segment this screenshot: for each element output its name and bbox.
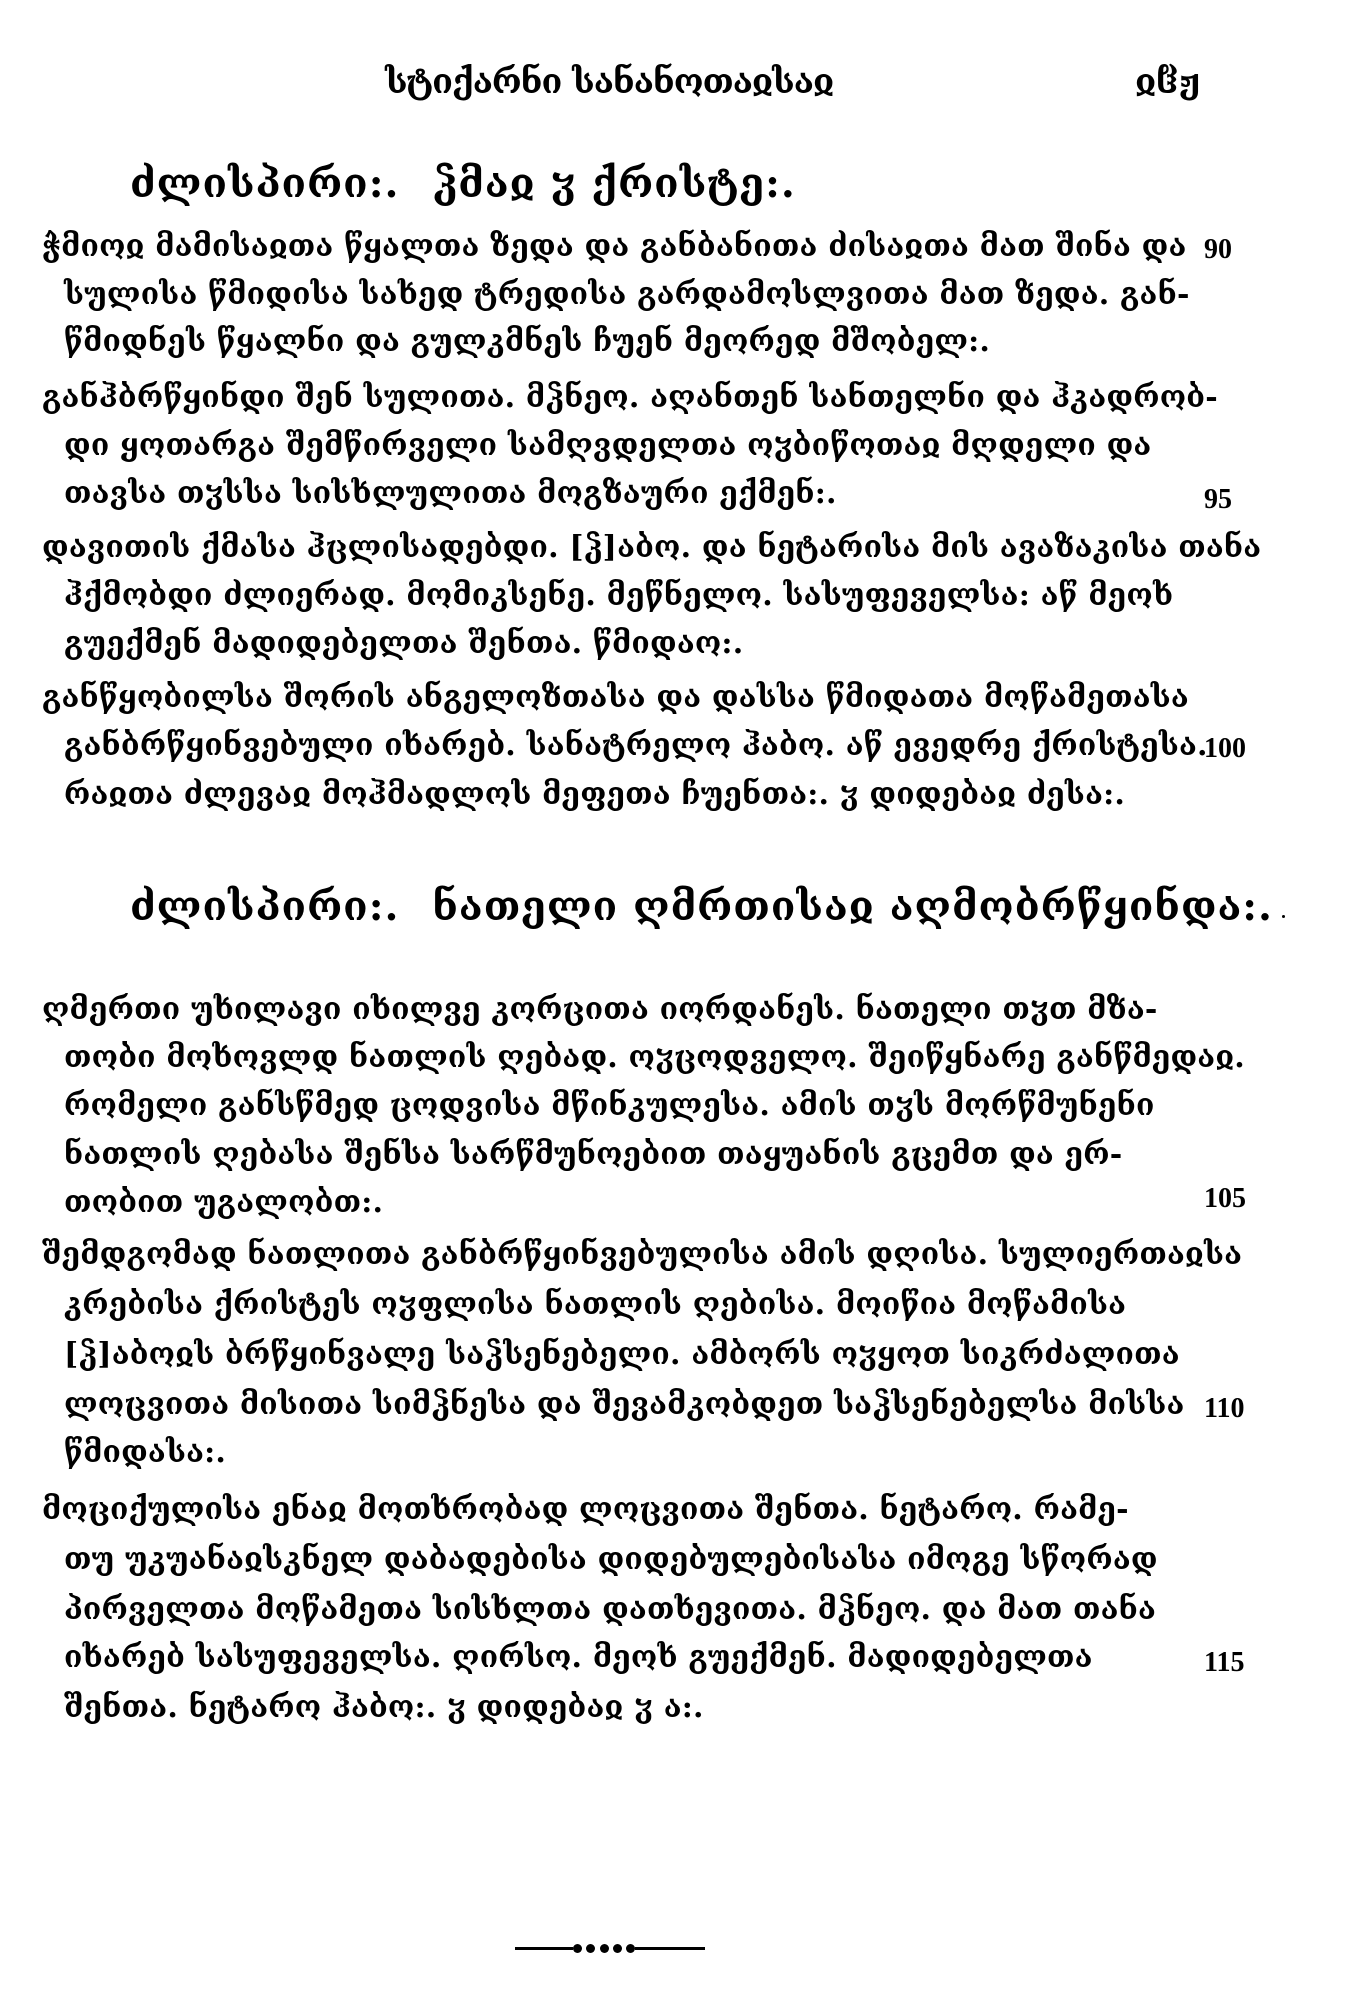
text-line: ჭმიოჲ მამისაჲთა წყალთა ზედა და განბანითა… bbox=[42, 232, 1187, 262]
text-line: გუექმენ მადიდებელთა შენთა. წმიდაო:. bbox=[64, 629, 743, 659]
running-title: სტიქარნი სანანოთაჲსაჲ bbox=[385, 62, 833, 102]
text-line: ნათლის ღებასა შენსა სარწმუნოებით თაყუანი… bbox=[64, 1140, 1122, 1170]
running-head: სტიქარნი სანანოთაჲსაჲ ჲჱჟ bbox=[0, 62, 1364, 122]
heading-label: ძლისპირი:. bbox=[130, 160, 399, 207]
section-heading: ძლისპირი:. ჴმაჲ ჳ ქრისტე:. bbox=[130, 160, 796, 207]
text-line: კრებისა ქრისტეს ოჳფლისა ნათლის ღებისა. მ… bbox=[64, 1290, 1126, 1320]
text-line: ჰქმობდი ძლიერად. მომიკსენე. მეწნელო. სას… bbox=[64, 581, 1173, 611]
ornament-dot bbox=[626, 1944, 635, 1953]
text-line: რომელი განსწმედ ცოდვისა მწინკულესა. ამის… bbox=[64, 1091, 1155, 1121]
text-line: [ჴ]აბოჲს ბრწყინვალე საჴსენებელი. ამბორს … bbox=[64, 1340, 1180, 1370]
text-line: შემდგომად ნათლითა განბრწყინვებულისა ამის… bbox=[42, 1240, 1242, 1270]
text-line: წმიდნეს წყალნი და გულკმნეს ჩუენ მეორედ მ… bbox=[64, 327, 990, 357]
text-line: ღმერთი უხილავი იხილვე კორცითა იორდანეს. … bbox=[42, 995, 1158, 1025]
text-line: თობი მოხოვლდ ნათლის ღებად. ოჳცოდველო. შე… bbox=[64, 1043, 1245, 1073]
text-line: ლოცვითა მისითა სიმჴნესა და შევამკობდეთ ს… bbox=[64, 1390, 1185, 1420]
text-line: მოციქულისა ენაჲ მოთხრობად ლოცვითა შენთა.… bbox=[42, 1495, 1129, 1525]
end-of-chapter-ornament bbox=[515, 1942, 705, 1954]
text-line: დავითის ქმასა ჰცლისადებდი. [ჴ]აბო. და ნე… bbox=[42, 533, 1261, 563]
text-line: თავსა თჳსსა სისხლულითა მოგზაური ექმენ:. bbox=[64, 479, 837, 509]
heading-text: ჴმაჲ ჳ ქრისტე:. bbox=[432, 160, 795, 207]
line-number: 90 bbox=[1204, 234, 1232, 266]
text-line: რაჲთა ძლევაჲ მოჰმადლოს მეფეთა ჩუენთა:. ჳ… bbox=[64, 780, 1125, 810]
print-speck bbox=[1282, 915, 1285, 918]
text-line: თუ უკუანაჲსკნელ დაბადებისა დიდებულებისას… bbox=[64, 1545, 1158, 1575]
text-line: განწყობილსა შორის ანგელოზთასა და დასსა წ… bbox=[42, 683, 1189, 713]
text-line: პირველთა მოწამეთა სისხლთა დათხევითა. მჴნ… bbox=[64, 1595, 1156, 1625]
ornament-rule-right bbox=[635, 1947, 705, 1950]
ornament-rule-left bbox=[515, 1947, 573, 1950]
line-number: 110 bbox=[1204, 1393, 1244, 1425]
section-heading: ძლისპირი:. ნათელი ღმრთისაჲ აღმობრწყინდა:… bbox=[130, 883, 1273, 930]
text-line: დი ყოთარგა შემწირველი სამღვდელთა ოჳბიწოთ… bbox=[64, 431, 1151, 461]
line-number: 95 bbox=[1204, 484, 1232, 516]
line-number: 105 bbox=[1204, 1183, 1246, 1215]
text-line: განბრწყინვებული იხარებ. სანატრელო ჰაბო. … bbox=[64, 731, 1208, 761]
text-line: თობით უგალობთ:. bbox=[64, 1188, 383, 1218]
text-line: წმიდასა:. bbox=[64, 1438, 226, 1468]
text-line: სულისა წმიდისა სახედ ტრედისა გარდამოსლვი… bbox=[64, 280, 1190, 310]
page-number: ჲჱჟ bbox=[1135, 62, 1200, 102]
ornament-dot bbox=[573, 1944, 582, 1953]
text-line: შენთა. ნეტარო ჰაბო:. ჳ დიდებაჲ ჳ ა:. bbox=[64, 1693, 704, 1723]
ornament-dot bbox=[586, 1944, 595, 1953]
line-number: 115 bbox=[1204, 1647, 1244, 1679]
text-line: იხარებ სასუფეველსა. ღირსო. მეოხ გუექმენ.… bbox=[64, 1643, 1093, 1673]
heading-text: ნათელი ღმრთისაჲ აღმობრწყინდა:. bbox=[432, 883, 1273, 930]
ornament-dots bbox=[573, 1942, 635, 1954]
text-line: განჰბრწყინდი შენ სულითა. მჴნეო. აღანთენ … bbox=[42, 383, 1218, 413]
ornament-dot bbox=[613, 1944, 622, 1953]
line-number: 100 bbox=[1204, 733, 1246, 765]
ornament-dot bbox=[600, 1944, 609, 1953]
heading-label: ძლისპირი:. bbox=[130, 883, 399, 930]
